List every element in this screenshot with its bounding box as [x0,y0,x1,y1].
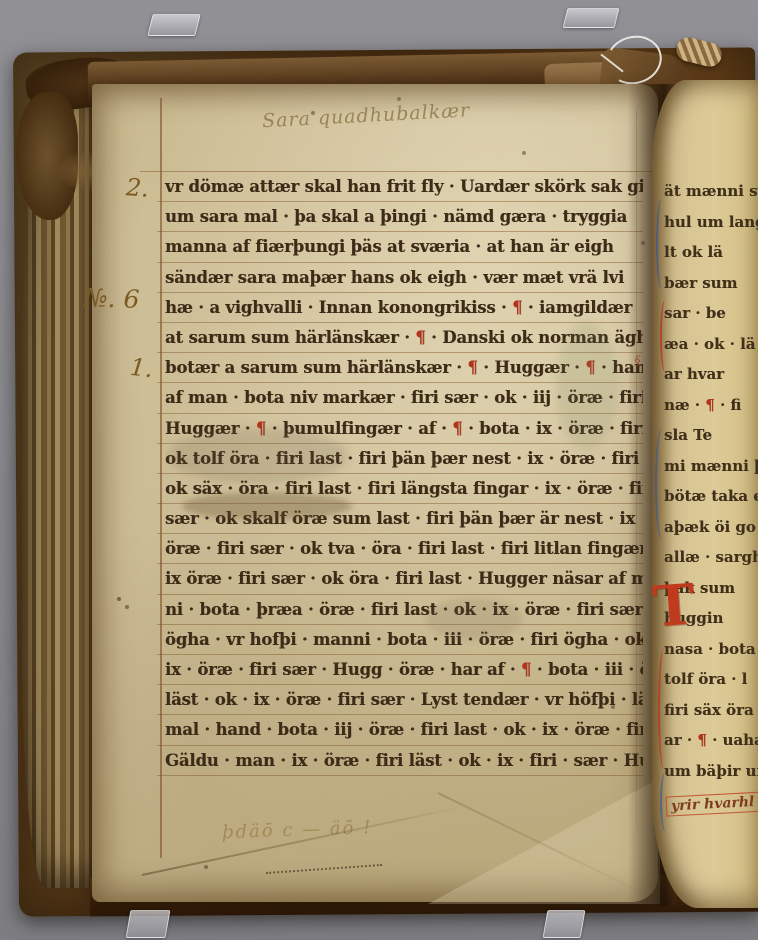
facing-line-fragment: næ · ¶ · fi [664,390,758,421]
facing-line-fragment: ar hvar [664,359,758,390]
manuscript-line: manna af fiærþungi þäs at sværia · at ha… [157,232,643,262]
manuscript-photo: Sara quadhubalkær vr dömæ attær skal han… [0,0,758,940]
margin-note-1: 1. [129,353,155,383]
mounting-clip-bottom-right [543,910,586,938]
facing-line-fragment: lt ok lä [664,237,758,268]
facing-page-text: ät mænni svi hul um lang lt ok lä bær su… [664,176,758,786]
manuscript-line: ix · öræ · firi sær · Hugg · öræ · har a… [157,655,643,685]
facing-line-fragment: bær sum [664,268,758,299]
manuscript-line: läst · ok · ix · öræ · firi sær · Lyst t… [157,685,643,715]
manuscript-line: ix öræ · firi sær · ok öra · firi last ·… [157,564,643,594]
mounting-clip-top-left [147,14,200,36]
manuscript-line: mal · hand · bota · iij · öræ · firi las… [157,715,643,745]
manuscript-line: ögha · vr hofþi · manni · bota · iii · ö… [157,625,643,655]
margin-note-no6: №. 6 [84,283,140,314]
manuscript-line: Gäldu · man · ix · öræ · firi läst · ok … [157,746,643,776]
facing-line-fragment: sar · be [664,298,758,329]
facing-line-fragment: mi mænni þa [664,451,758,482]
manuscript-line: hæ · a vighvalli · Innan konongrikiss · … [157,293,643,323]
facing-line-fragment: firi säx öra [664,695,758,726]
mounting-clip-top-right [563,8,620,28]
facing-line-fragment: um bäþir uili [664,756,758,787]
facing-line-fragment: allæ · sarghi [664,542,758,573]
margin-note-2: 2. [125,173,150,203]
facing-line-fragment: æa · ok · lä [664,329,758,360]
facing-line-fragment: aþæk öi go [664,512,758,543]
facing-line-fragment: ar · ¶ · uaha [664,725,758,756]
facing-line-fragment: hul um lang [664,207,758,238]
parchment-stain [556,322,618,450]
parchment-stain [426,598,522,640]
ink-speckles [0,0,2,2]
manuscript-line: öræ · firi sær · ok tva · öra · firi las… [157,534,643,564]
parchment-stain [168,428,348,484]
manuscript-line: vr dömæ attær skal han frit fly · Uardær… [157,172,643,202]
manuscript-line: um sara mal · þa skal a þingi · nämd gær… [157,202,643,232]
ink-smudge [182,492,352,520]
facing-line-fragment: sla Te [664,420,758,451]
facing-line-fragment: ät mænni svi [664,176,758,207]
facing-line-fragment: tolf öra · l [664,664,758,695]
facing-line-fragment: bötæ taka e [664,481,758,512]
manuscript-line: sändær sara maþær hans ok eigh · vær mæt… [157,263,643,293]
manuscript-line: ni · bota · þræa · öræ · firi last · ok … [157,595,643,625]
red-initial-letter: T [651,577,696,636]
mounting-clip-bottom-left [126,910,171,938]
